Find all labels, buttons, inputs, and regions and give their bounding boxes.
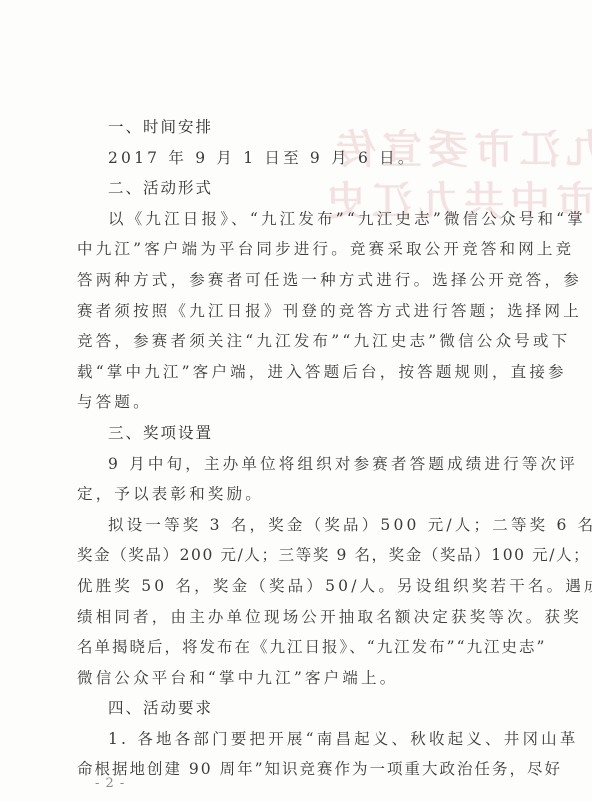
paragraph-line: 竞答，参赛者须关注“九江发布”“九江史志”微信公众号或下: [77, 326, 517, 357]
paragraph-line: 9 月中旬，主办单位将组织对参赛者答题成绩进行等次评: [77, 449, 517, 480]
paragraph-line: 优胜奖 50 名，奖金（奖品）50/人。另设组织奖若干名。遇成: [77, 571, 517, 602]
paragraph-line: 名单揭晓后，将发布在《九江日报》、“九江发布”“九江史志”: [77, 632, 517, 663]
paragraph-line: 定，予以表彰和奖励。: [77, 479, 517, 510]
section-heading-awards: 三、奖项设置: [77, 418, 517, 449]
paragraph-line: 绩相同者，由主办单位现场公开抽取名额决定获奖等次。获奖: [77, 602, 517, 633]
paragraph-line: 赛者须按照《九江日报》刊登的竞答方式进行答题；选择网上: [77, 296, 517, 327]
schedule-dates: 2017 年 9 月 1 日至 9 月 6 日。: [77, 143, 517, 174]
document-page-body: 一、时间安排 2017 年 9 月 1 日至 9 月 6 日。 二、活动形式 以…: [77, 112, 517, 785]
paragraph-line: 与答题。: [77, 387, 517, 418]
paragraph-line: 答两种方式，参赛者可任选一种方式进行。选择公开竞答，参: [77, 265, 517, 296]
paragraph-line: 命根据地创建 90 周年”知识竞赛作为一项重大政治任务，尽好: [77, 754, 517, 785]
paragraph-line: 拟设一等奖 3 名，奖金（奖品）500 元/人；二等奖 6 名，: [77, 510, 517, 541]
paragraph-line: 中九江”客户端为平台同步进行。竞赛采取公开竞答和网上竞: [77, 234, 517, 265]
paragraph-line: 载“掌中九江”客户端，进入答题后台，按答题规则，直接参: [77, 357, 517, 388]
paragraph-line: 1. 各地各部门要把开展“南昌起义、秋收起义、井冈山革: [77, 724, 517, 755]
section-heading-schedule: 一、时间安排: [77, 112, 517, 143]
section-heading-requirements: 四、活动要求: [77, 693, 517, 724]
paragraph-line: 以《九江日报》、“九江发布”“九江史志”微信公众号和“掌: [77, 204, 517, 235]
page-number: - 2 -: [95, 776, 125, 791]
section-heading-format: 二、活动形式: [77, 173, 517, 204]
paragraph-line: 奖金（奖品）200 元/人；三等奖 9 名，奖金（奖品）100 元/人；: [77, 540, 517, 571]
paragraph-line: 微信公众平台和“掌中九江”客户端上。: [77, 663, 517, 694]
